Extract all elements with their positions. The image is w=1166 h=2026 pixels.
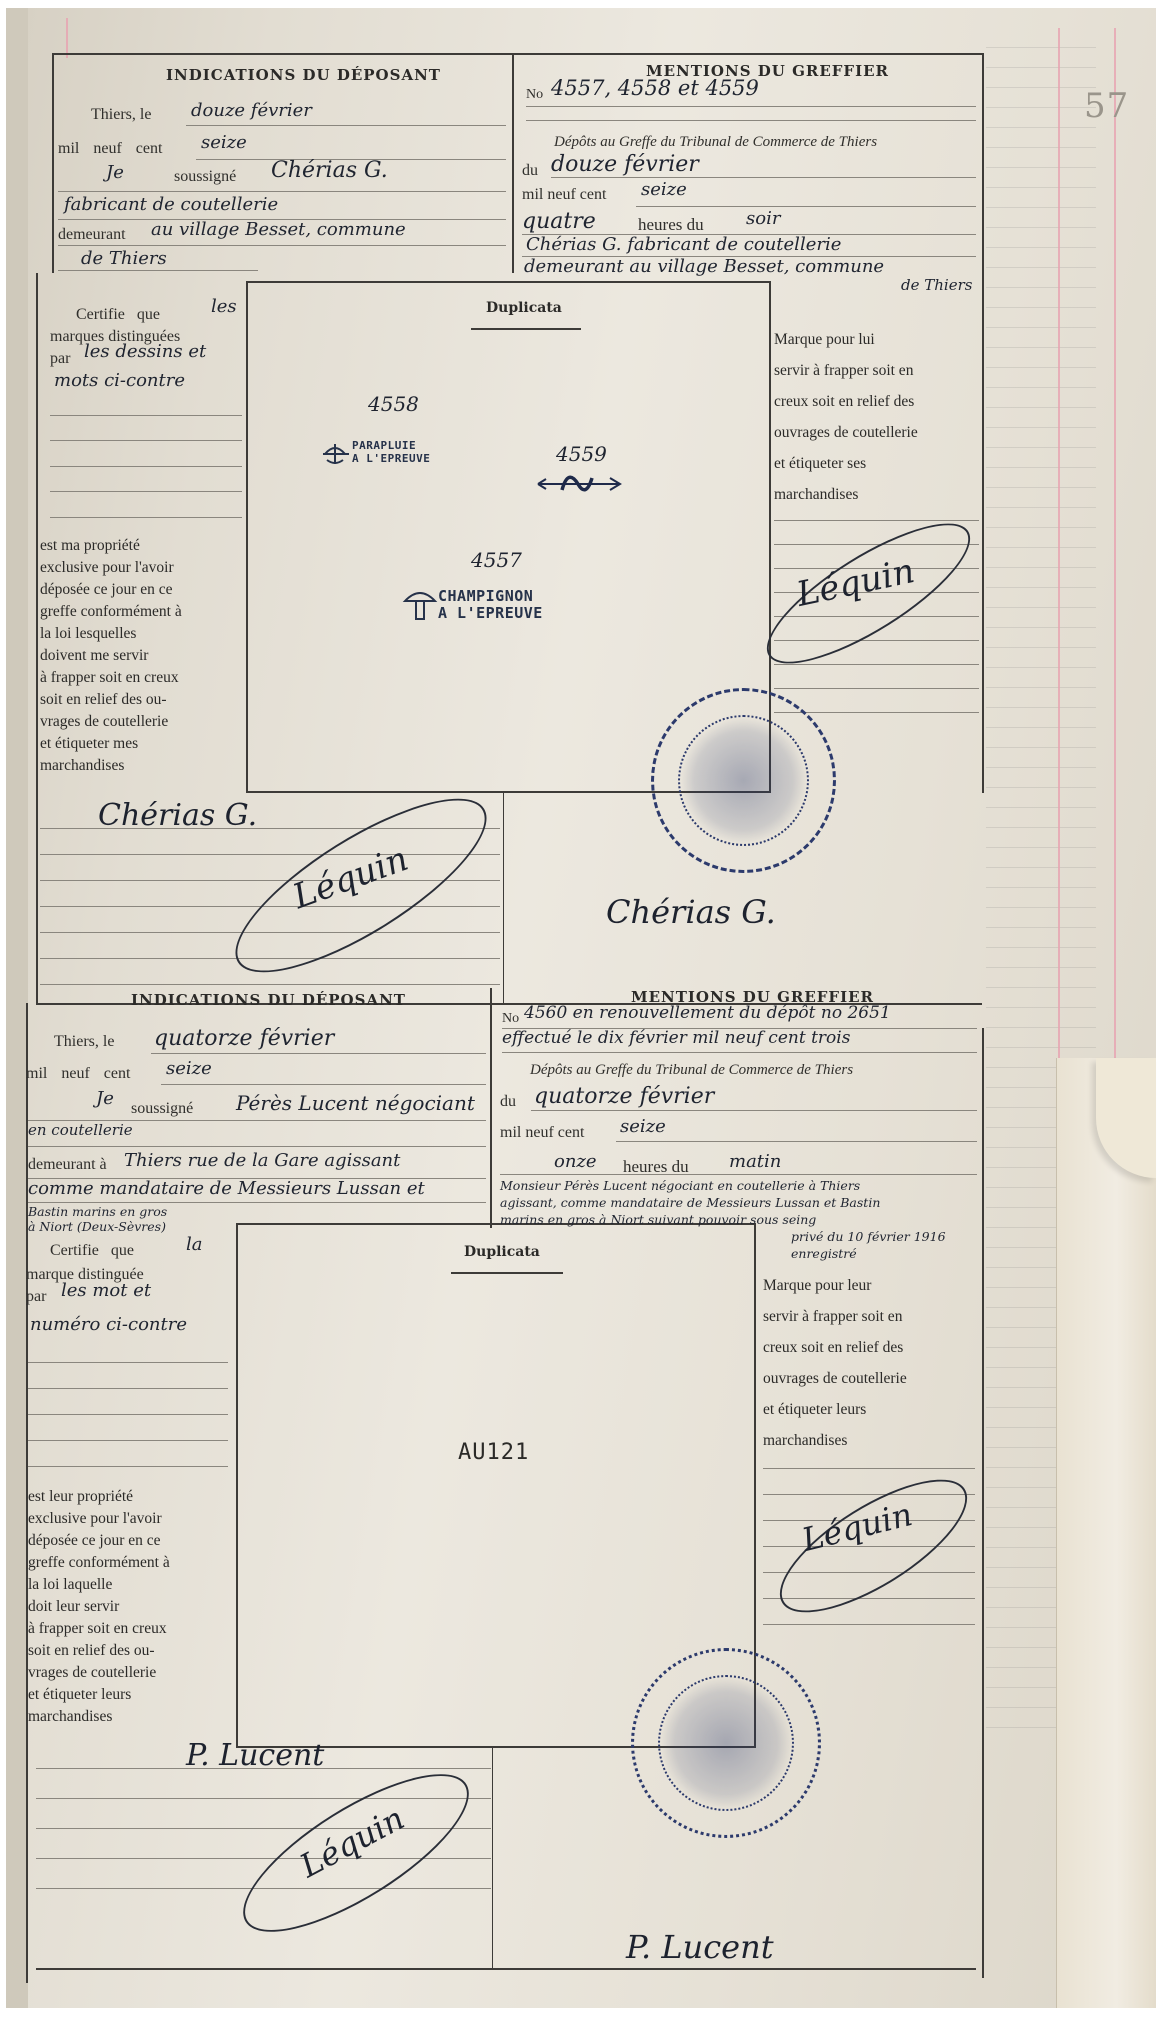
propriete-line: et étiqueter mes: [40, 733, 245, 755]
greffier-handwritten-line: enregistré: [791, 1246, 857, 1261]
greffier-handwritten-line: de Thiers: [901, 276, 972, 294]
greffier-date-handwritten: douze février: [551, 152, 699, 177]
rule-line: [531, 1110, 977, 1111]
rule-line: [616, 1141, 977, 1142]
rule-line: [502, 1052, 977, 1053]
rule-line: [526, 106, 976, 107]
rule-line: [551, 177, 976, 178]
marque-paragraph: Marque pour leur servir à frapper soit e…: [763, 1270, 978, 1456]
soussigne-label: soussigné: [174, 166, 236, 188]
par-handwritten-2: numéro ci-contre: [30, 1314, 187, 1335]
rule-line: [40, 984, 500, 985]
mushroom-icon: [401, 585, 439, 623]
rule-line: [50, 491, 242, 492]
depositor-signature: Chérias G.: [606, 893, 776, 931]
soussigne-label: soussigné: [131, 1098, 193, 1120]
certifie-handwritten: la: [186, 1234, 203, 1255]
greffier-handwritten-line: demeurant au village Besset, commune: [524, 256, 884, 277]
numero-label: No: [502, 1008, 519, 1030]
depositor-name: Pérès Lucent négociant: [236, 1091, 475, 1115]
numero-handwritten: 4560 en renouvellement du dépôt no 2651: [524, 1003, 891, 1023]
propriete-line: greffe conformément à: [40, 601, 245, 623]
marque-line: creux soit en relief des: [763, 1332, 978, 1363]
numero-handwritten-2: effectué le dix février mil neuf cent tr…: [502, 1028, 850, 1048]
propriete-line: exclusive pour l'avoir: [40, 557, 245, 579]
serpent-arrow-icon: [534, 470, 624, 498]
rule-line: [28, 1362, 228, 1363]
propriete-line: doit leur servir: [28, 1596, 238, 1618]
certifie-label: Certifie que: [76, 304, 160, 326]
greffier-top-border: [512, 53, 982, 55]
rule-line: [28, 1440, 228, 1441]
marque-line: et étiqueter leurs: [763, 1394, 978, 1425]
rule-line: [526, 120, 976, 121]
greffier-handwritten-line: privé du 10 février 1916: [791, 1229, 946, 1244]
rule-line: [161, 1084, 486, 1085]
propriete-line: est ma propriété: [40, 535, 245, 557]
rule-line: [28, 1388, 228, 1389]
deposant-header: INDICATIONS DU DÉPOSANT: [166, 66, 441, 84]
rule-line: [50, 415, 242, 416]
mark-stamp-text: AU121: [458, 1440, 529, 1465]
marque-line: servir à frapper soit en: [763, 1301, 978, 1332]
period-handwritten: soir: [746, 208, 780, 229]
date-handwritten: douze février: [191, 100, 312, 121]
stamp-line: A L'EPREUVE: [438, 605, 543, 622]
propriete-paragraph: est leur propriété exclusive pour l'avoi…: [28, 1486, 238, 1728]
rule-line: [774, 688, 979, 689]
rule-line: [28, 1414, 228, 1415]
address-handwritten-2: de Thiers: [81, 248, 167, 269]
rule-line: [50, 440, 242, 441]
entry-bottom-border: [36, 1968, 976, 1970]
profession-handwritten: fabricant de coutellerie: [64, 194, 278, 215]
deposant-left-border: [36, 273, 38, 1003]
address-handwritten: au village Besset, commune: [151, 219, 406, 240]
margin-red-line: [66, 18, 68, 58]
rule-line: [58, 245, 506, 246]
greffier-year-handwritten: seize: [641, 179, 687, 200]
propriete-line: la loi laquelle: [28, 1574, 238, 1596]
propriete-line: vrages de coutellerie: [40, 711, 245, 733]
umbrella-anchor-icon: [321, 440, 349, 466]
marque-line: creux soit en relief des: [774, 386, 984, 417]
heures-label: heures du: [638, 214, 704, 236]
address-handwritten-4: à Niort (Deux-Sèvres): [28, 1219, 166, 1234]
propriete-line: marchandises: [40, 755, 245, 777]
greffier-right-border: [982, 1028, 984, 1978]
stamp-line: PARAPLUIE: [352, 439, 430, 452]
propriete-line: doivent me servir: [40, 645, 245, 667]
du-label: du: [522, 160, 538, 182]
propriete-line: à frapper soit en creux: [40, 667, 245, 689]
propriete-line: la loi lesquelles: [40, 623, 245, 645]
deposant-header: INDICATIONS DU DÉPOSANT: [131, 991, 406, 1009]
demeurant-label: demeurant à: [28, 1154, 107, 1176]
mark-number: 4558: [368, 392, 419, 416]
propriete-line: greffe conformément à: [28, 1552, 238, 1574]
numero-label: No: [526, 84, 543, 106]
mark-stamp-text: PARAPLUIE A L'EPREUVE: [352, 439, 430, 465]
rule-line: [763, 1468, 975, 1469]
rule-line: [774, 520, 979, 521]
seal-center: [658, 1675, 794, 1811]
duplicata-title: Duplicata: [486, 300, 562, 316]
propriete-line: est leur propriété: [28, 1486, 238, 1508]
marque-line: marchandises: [774, 479, 984, 510]
je-handwritten: Je: [96, 1088, 114, 1109]
propriete-line: à frapper soit en creux: [28, 1618, 238, 1640]
marque-line: servir à frapper soit en: [774, 355, 984, 386]
address-handwritten: Thiers rue de la Gare agissant: [124, 1150, 400, 1171]
rule-line: [151, 1053, 486, 1054]
demeurant-label: demeurant: [58, 224, 126, 246]
par-handwritten: les mot et: [61, 1280, 151, 1301]
marque-line: Marque pour lui: [774, 324, 984, 355]
propriete-paragraph: est ma propriété exclusive pour l'avoir …: [40, 535, 245, 777]
numero-handwritten: 4557, 4558 et 4559: [551, 76, 759, 100]
page-gutter: [6, 8, 28, 2008]
marque-line: ouvrages de coutellerie: [763, 1363, 978, 1394]
year-label: mil neuf cent: [26, 1063, 130, 1085]
marque-line: et étiqueter ses: [774, 448, 984, 479]
rule-line: [28, 1146, 486, 1147]
propriete-line: et étiqueter leurs: [28, 1684, 238, 1706]
certifie-handwritten: les: [211, 296, 237, 317]
rule-line: [774, 664, 979, 665]
year-label: mil neuf cent: [58, 138, 162, 160]
column-divider: [503, 793, 504, 1003]
rule-line: [763, 1624, 975, 1625]
mark-number: 4557: [471, 548, 522, 572]
propriete-line: soit en relief des ou-: [40, 689, 245, 711]
rule-line: [186, 125, 506, 126]
rule-line: [28, 1466, 228, 1467]
column-divider: [492, 1748, 493, 1968]
thiers-label: Thiers, le: [91, 104, 151, 126]
rule-line: [58, 270, 258, 271]
greffier-handwritten-line: marins en gros à Niort suivant pouvoir s…: [500, 1212, 816, 1227]
greffier-date-handwritten: quatorze février: [534, 1084, 714, 1109]
year-handwritten: seize: [166, 1058, 212, 1079]
par-handwritten: les dessins et: [84, 341, 206, 362]
thiers-label: Thiers, le: [54, 1031, 114, 1053]
marque-line: ouvrages de coutellerie: [774, 417, 984, 448]
propriete-line: marchandises: [28, 1706, 238, 1728]
rule-line: [58, 191, 506, 192]
loose-paper-flap: [1056, 1058, 1156, 2008]
propriete-line: vrages de coutellerie: [28, 1662, 238, 1684]
greffier-year-label: mil neuf cent: [500, 1122, 584, 1144]
address-handwritten-2: comme mandataire de Messieurs Lussan et: [28, 1178, 425, 1199]
propriete-line: déposée ce jour en ce: [40, 579, 245, 601]
par-label: par: [50, 348, 70, 370]
hour-handwritten: onze: [554, 1151, 597, 1172]
column-divider: [512, 53, 514, 273]
folio-number: 57: [1084, 86, 1129, 126]
hour-handwritten: quatre: [522, 209, 596, 234]
duplicata-underline: [451, 1272, 563, 1274]
seal-center: [678, 715, 809, 846]
propriete-line: déposée ce jour en ce: [28, 1530, 238, 1552]
register-page: 57 INDICATIONS DU DÉPOSANT MENTIONS DU G…: [6, 8, 1156, 2008]
address-handwritten-3: Bastin marins en gros: [28, 1204, 167, 1219]
depositor-signature: P. Lucent: [626, 1928, 774, 1966]
marque-paragraph: Marque pour lui servir à frapper soit en…: [774, 324, 984, 510]
mark-number: 4559: [556, 442, 607, 466]
period-handwritten: matin: [729, 1151, 781, 1172]
profession-handwritten: en coutellerie: [28, 1121, 133, 1139]
stamp-line: CHAMPIGNON: [438, 588, 543, 605]
marque-line: Marque pour leur: [763, 1270, 978, 1301]
greffier-year-handwritten: seize: [620, 1116, 666, 1137]
rule-line: [636, 206, 976, 207]
propriete-line: soit en relief des ou-: [28, 1640, 238, 1662]
depositor-name: Chérias G.: [271, 158, 388, 183]
rule-line: [50, 517, 242, 518]
rule-line: [50, 466, 242, 467]
certifie-label: Certifie que: [50, 1240, 134, 1262]
depots-line: Dépôts au Greffe du Tribunal de Commerce…: [530, 1062, 853, 1079]
depositor-signature: P. Lucent: [186, 1738, 324, 1773]
greffier-year-label: mil neuf cent: [522, 184, 606, 206]
rule-line: [500, 1174, 977, 1175]
duplicata-title: Duplicata: [464, 1244, 540, 1260]
propriete-line: exclusive pour l'avoir: [28, 1508, 238, 1530]
mark-stamp-text: CHAMPIGNON A L'EPREUVE: [438, 588, 543, 622]
greffier-handwritten-line: agissant, comme mandataire de Messieurs …: [500, 1195, 880, 1210]
par-handwritten-2: mots ci-contre: [54, 370, 185, 391]
par-label: par: [26, 1286, 46, 1308]
rule-line: [28, 1202, 486, 1203]
je-handwritten: Je: [106, 162, 124, 183]
greffier-handwritten-line: Chérias G. fabricant de coutellerie: [526, 234, 841, 255]
date-handwritten: quatorze février: [154, 1026, 334, 1051]
duplicata-underline: [471, 328, 581, 330]
stamp-line: A L'EPREUVE: [352, 452, 430, 465]
du-label: du: [500, 1091, 516, 1113]
year-handwritten: seize: [201, 132, 247, 153]
marque-line: marchandises: [763, 1425, 978, 1456]
depots-line: Dépôts au Greffe du Tribunal de Commerce…: [554, 134, 877, 151]
greffier-handwritten-line: Monsieur Pérès Lucent négociant en coute…: [500, 1178, 860, 1193]
depositor-signature: Chérias G.: [98, 798, 257, 833]
column-divider: [490, 988, 492, 1228]
